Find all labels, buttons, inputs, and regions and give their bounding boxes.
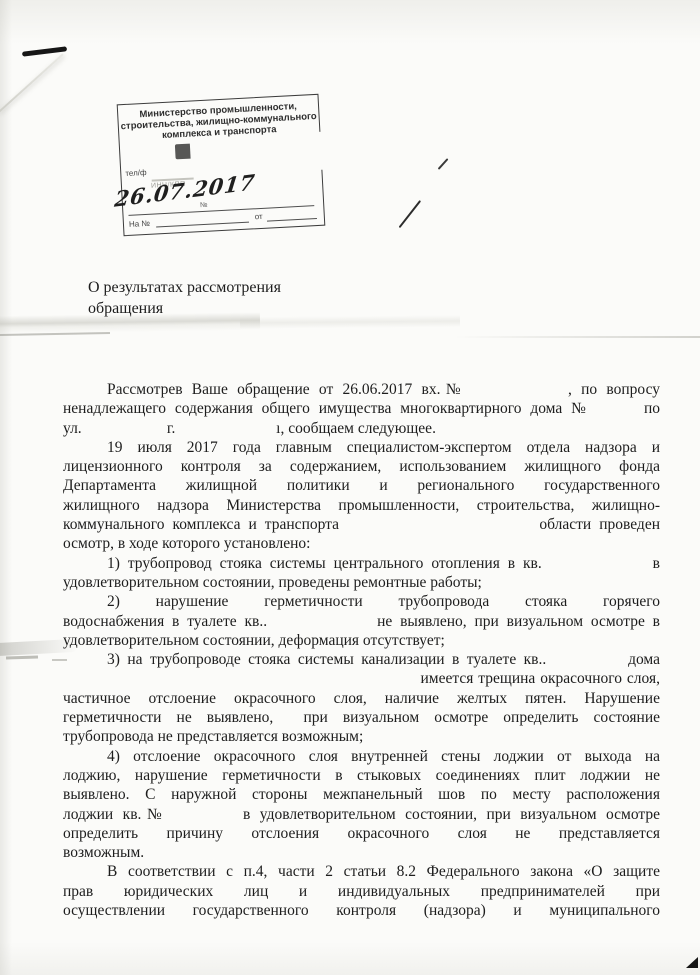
body-line: выявлено. С наружной стороны межпанельны…: [63, 785, 660, 804]
body-line: 2) нарушение герметичности трубопровода …: [63, 592, 660, 611]
subject-line: О результатах рассмотрения: [88, 277, 281, 298]
body-line: Департамента жилищной политики и региона…: [63, 476, 660, 495]
na-no-label: На №: [129, 219, 150, 229]
body-line: водоснабжения в туалете кв.. не выявлено…: [63, 612, 660, 631]
body-line: лоджию, нарушение герметичности в стыков…: [63, 766, 660, 785]
left-margin-smudge: [6, 655, 38, 659]
body-line: имеется трещина окрасочного слоя,: [63, 669, 660, 688]
body-line: трубопровода не представляется возможным…: [63, 727, 660, 746]
scanned-letter-page: Министерство промышленности, строительст…: [0, 0, 700, 975]
tel-label: тел/ф: [125, 168, 147, 178]
body-line: 19 июля 2017 года главным специалистом-э…: [63, 438, 660, 457]
body-line: В соответствии с п.4, части 2 статьи 8.2…: [63, 862, 660, 881]
ot-label: от: [255, 212, 263, 221]
body-line: возможным.: [63, 843, 660, 862]
body-line: удовлетворительном состоянии, деформация…: [63, 631, 660, 650]
body-line: 4) отслоение окрасочного слоя внутренней…: [63, 747, 660, 766]
body-line: лоджии кв.№ в удовлетворительном состоян…: [63, 805, 660, 824]
body-line: определить причину отслоения окрасочного…: [63, 824, 660, 843]
body-line: жилищного надзора Министерства промышлен…: [63, 496, 660, 515]
body-line: лицензионного контроля за содержанием, и…: [63, 457, 660, 476]
blank-line: [156, 222, 249, 228]
letter-body: Рассмотрев Ваше обращение от 26.06.2017 …: [63, 380, 660, 920]
scan-left-shading: [0, 0, 12, 975]
body-line: Рассмотрев Ваше обращение от 26.06.2017 …: [63, 380, 660, 399]
paper-crease-line: [455, 336, 700, 338]
blank-line: [267, 218, 317, 222]
body-line: ул. г. ı, сообщаем следующее.: [63, 419, 660, 438]
pen-slash-mark: [399, 200, 422, 228]
body-line: ненадлежащего содержания общего имуществ…: [63, 399, 660, 418]
body-line: прав юридических лиц и индивидуальных пр…: [63, 882, 660, 901]
letterhead-stamp: Министерство промышленности, строительст…: [117, 94, 326, 236]
body-line: 3) на трубопроводе стояка системы канали…: [63, 650, 660, 669]
body-line: частичное отслоение окрасочного слоя, на…: [63, 689, 660, 708]
letter-subject: О результатах рассмотрения обращения: [88, 277, 281, 319]
scan-top-shading: [0, 0, 700, 44]
body-line: удовлетворительном состоянии, проведены …: [63, 573, 660, 592]
body-line: герметичности не выявлено, при визуально…: [63, 708, 660, 727]
number-sign-label: №: [200, 202, 208, 209]
subject-line: обращения: [88, 298, 281, 319]
body-line: осмотр, в ходе которого установлено:: [63, 534, 660, 553]
pen-tick-mark: [438, 158, 449, 170]
body-line: осуществлении государственного контроля …: [63, 901, 660, 920]
body-line: коммунального комплекса и транспорта обл…: [63, 515, 660, 534]
body-line: 1) трубопровод стояка системы центрально…: [63, 554, 660, 573]
scan-bottom-shading: [0, 942, 700, 975]
